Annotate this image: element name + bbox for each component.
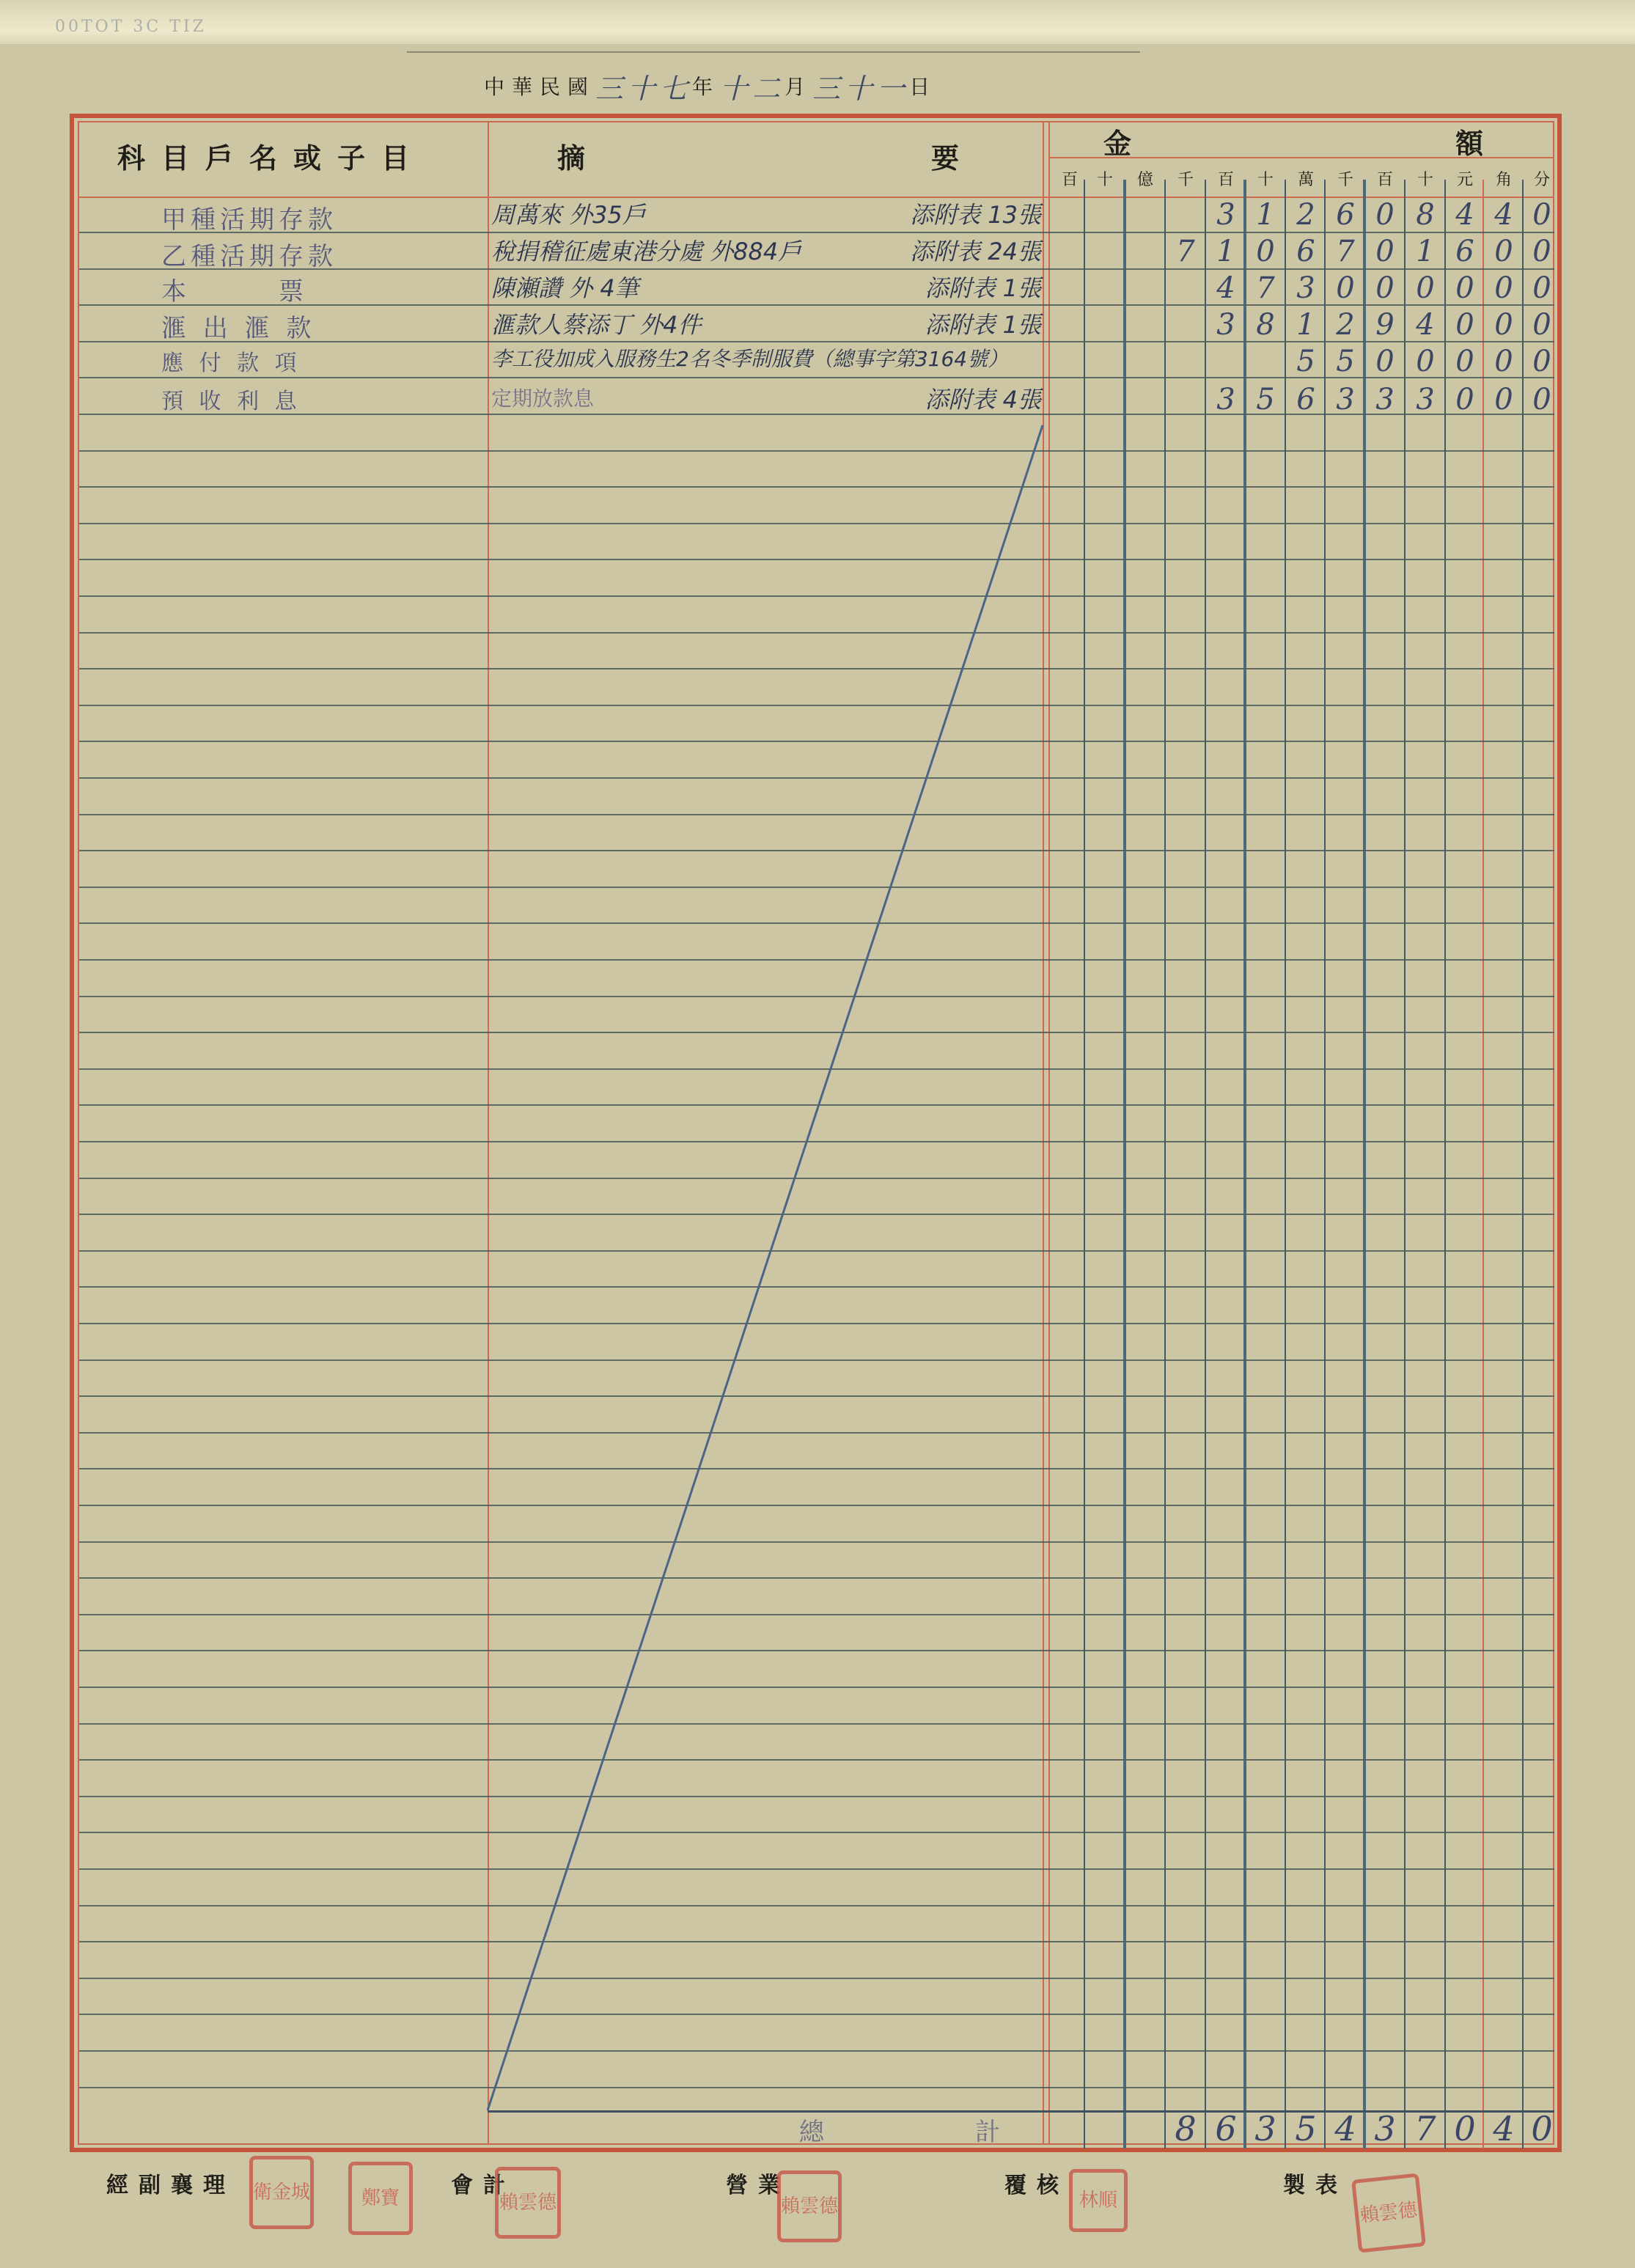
total-digit: 3 xyxy=(1246,2109,1285,2148)
digit-cell: 5 xyxy=(1286,345,1326,378)
digit-cell: 0 xyxy=(1522,235,1562,268)
row-subject: 本 票 xyxy=(161,271,352,307)
row-attachment: 添附表 1張 xyxy=(880,307,1041,340)
digit-cell: 0 xyxy=(1522,383,1562,416)
seal-stamp: 鄭寶 xyxy=(348,2162,413,2235)
digit-cell: 4 xyxy=(1484,198,1524,232)
digit-cell: 0 xyxy=(1484,383,1524,416)
digit-cell: 5 xyxy=(1246,383,1285,416)
total-digit: 6 xyxy=(1206,2109,1246,2148)
row-attachment: 添附表 24張 xyxy=(880,233,1041,267)
digit-cell: 0 xyxy=(1365,198,1405,232)
total-digit: 3 xyxy=(1365,2109,1405,2148)
total-digit: 0 xyxy=(1445,2109,1485,2148)
digit-cell: 0 xyxy=(1522,345,1562,378)
seal-stamp: 衛金城 xyxy=(249,2156,314,2229)
digit-cell: 0 xyxy=(1406,345,1445,378)
digit-cell: 0 xyxy=(1522,271,1562,305)
seal-stamp: 賴雲德 xyxy=(777,2170,842,2242)
digit-cell: 0 xyxy=(1522,198,1562,232)
digit-cell: 9 xyxy=(1365,308,1405,342)
digit-cell: 4 xyxy=(1445,198,1485,232)
digit-cell: 0 xyxy=(1445,383,1485,416)
row-attachment: 添附表 13張 xyxy=(880,197,1041,230)
digit-cell: 0 xyxy=(1365,345,1405,378)
digit-cell: 2 xyxy=(1286,198,1326,232)
digit-cell: 0 xyxy=(1445,345,1485,378)
total-digit: 4 xyxy=(1484,2109,1524,2148)
row-subject: 甲種活期存款 xyxy=(161,199,352,235)
digit-cell: 0 xyxy=(1445,308,1485,342)
digit-cell: 0 xyxy=(1365,271,1405,305)
digit-cell: 3 xyxy=(1286,271,1326,305)
row-attachment: 添附表 1張 xyxy=(880,270,1041,304)
digit-cell: 0 xyxy=(1484,271,1524,305)
total-label-right: 計 xyxy=(975,2112,1000,2148)
signature-role-prepared-by: 製表 xyxy=(1283,2167,1348,2199)
total-digit: 0 xyxy=(1522,2109,1562,2148)
digit-cell: 6 xyxy=(1326,198,1365,232)
signature-role-manager: 經副襄理 xyxy=(106,2167,235,2199)
digit-cell: 1 xyxy=(1286,308,1326,342)
signature-role-review: 覆核 xyxy=(1004,2167,1069,2199)
digit-cell: 6 xyxy=(1286,383,1326,416)
row-subject: 預 收 利 息 xyxy=(161,383,352,415)
digit-cell: 6 xyxy=(1445,235,1485,268)
seal-stamp: 賴雲德 xyxy=(495,2167,561,2239)
total-label-left: 總 xyxy=(799,2112,824,2148)
digit-cell: 2 xyxy=(1326,308,1365,342)
digit-cell: 3 xyxy=(1406,383,1445,416)
row-summary: 李工役加成入服務生2名冬季制服費（總事字第3164號） xyxy=(491,343,1019,373)
digit-cell: 5 xyxy=(1326,345,1365,378)
total-digit: 8 xyxy=(1166,2109,1205,2148)
digit-cell: 3 xyxy=(1206,308,1246,342)
row-subject: 乙種活期存款 xyxy=(161,236,352,272)
digit-cell: 7 xyxy=(1326,235,1365,268)
total-digit: 7 xyxy=(1406,2109,1445,2148)
digit-cell: 0 xyxy=(1246,235,1285,268)
total-digit: 4 xyxy=(1326,2109,1365,2148)
digit-cell: 0 xyxy=(1406,271,1445,305)
seal-stamp: 賴雲德 xyxy=(1351,2173,1426,2253)
digit-cell: 6 xyxy=(1286,235,1326,268)
digit-cell: 4 xyxy=(1406,308,1445,342)
digit-cell: 1 xyxy=(1206,235,1246,268)
digit-cell: 0 xyxy=(1484,308,1524,342)
digit-cell: 3 xyxy=(1326,383,1365,416)
digit-cell: 0 xyxy=(1484,345,1524,378)
digit-cell: 0 xyxy=(1445,271,1485,305)
digit-cell: 0 xyxy=(1365,235,1405,268)
row-attachment: 添附表 4張 xyxy=(880,381,1041,415)
digit-cell: 1 xyxy=(1406,235,1445,268)
digit-cell: 3 xyxy=(1365,383,1405,416)
digit-cell: 0 xyxy=(1484,235,1524,268)
digit-cell: 8 xyxy=(1246,308,1285,342)
digit-cell: 7 xyxy=(1246,271,1285,305)
digit-cell: 3 xyxy=(1206,383,1246,416)
digit-cell: 7 xyxy=(1166,235,1205,268)
seal-stamp: 林順 xyxy=(1069,2169,1128,2232)
row-subject: 滙 出 滙 款 xyxy=(161,308,352,344)
digit-cell: 4 xyxy=(1206,271,1246,305)
digit-cell: 0 xyxy=(1522,308,1562,342)
digit-cell: 1 xyxy=(1246,198,1285,232)
digit-cell: 8 xyxy=(1406,198,1445,232)
total-digit: 5 xyxy=(1286,2109,1326,2148)
digit-cell: 3 xyxy=(1206,198,1246,232)
row-subject: 應 付 款 項 xyxy=(161,345,352,377)
digit-cell: 0 xyxy=(1326,271,1365,305)
